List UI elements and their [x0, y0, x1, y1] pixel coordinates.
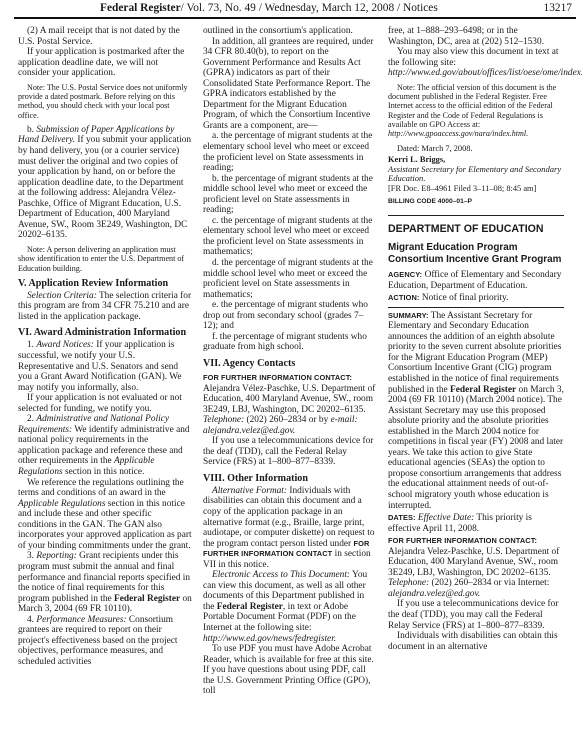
action-text: Notice of final priority. — [420, 293, 509, 303]
email-link[interactable]: alejandra.velez@ed.gov. — [203, 426, 295, 436]
paragraph: If your application is not evaluated or … — [18, 393, 192, 414]
section-heading-vi: VI. Award Administration Information — [18, 327, 192, 339]
contact-label: FOR FURTHER INFORMATION CONTACT: — [203, 373, 352, 382]
page-header: Federal Register/ Vol. 73, No. 49 / Wedn… — [14, 2, 576, 16]
page-number: 13217 — [544, 2, 572, 14]
gpra-indicator: d. the percentage of migrant students at… — [203, 258, 377, 300]
telephone: (202) 260–2834 or by — [244, 415, 330, 425]
paragraph: outlined in the consortium's application… — [203, 26, 377, 37]
dates-label: DATES: — [388, 513, 416, 522]
program-title: Migrant Education Program Consortium Inc… — [388, 242, 566, 265]
item-label: 3. — [27, 551, 34, 561]
federal-register-ref: Federal Register — [450, 385, 516, 395]
summary-text: on March 3, 2004 (69 FR 10110) (March 20… — [388, 385, 564, 511]
paragraph-admin-requirements: 2. Administrative and National Policy Re… — [18, 414, 192, 477]
italic-heading: Selection Criteria: — [27, 291, 97, 301]
contact-block: FOR FURTHER INFORMATION CONTACT: Alejand… — [203, 373, 377, 436]
contact-block: FOR FURTHER INFORMATION CONTACT: Alejand… — [388, 536, 566, 599]
action-label: ACTION: — [388, 293, 420, 302]
italic-heading: Award Notices: — [36, 340, 94, 350]
signer-title: Assistant Secretary for Elementary and S… — [388, 165, 566, 184]
item-label: 1. — [27, 340, 34, 350]
paragraph-text: We reference the regulations outlining t… — [18, 478, 184, 499]
agency-label: AGENCY: — [388, 270, 422, 279]
italic-text: Applicable Regulations — [18, 499, 105, 509]
summary-text: The Assistant Secretary for Elementary a… — [388, 311, 561, 395]
gpra-indicator: f. the percentage of migrant students wh… — [203, 332, 377, 353]
telephone: (202) 260–2834 or via Internet: — [429, 578, 549, 588]
federal-register-ref: Federal Register — [217, 602, 283, 612]
url-link[interactable]: http://www.gpoaccess.gov/nara/index.html… — [388, 129, 528, 138]
italic-heading: Performance Measures: — [36, 615, 126, 625]
summary-block: SUMMARY: The Assistant Secretary for Ele… — [388, 311, 566, 511]
paragraph-reporting: 3. Reporting: Grant recipients under thi… — [18, 551, 192, 614]
italic-heading: Electronic Access to This Document: — [212, 570, 350, 580]
section-divider — [388, 215, 564, 216]
action-line: ACTION: Notice of final priority. — [388, 293, 566, 304]
note: Note: The U.S. Postal Service does not u… — [18, 83, 192, 120]
paragraph-selection-criteria: Selection Criteria: The selection criter… — [18, 291, 192, 323]
journal-name: Federal Register — [100, 2, 181, 14]
item-label: 2. — [27, 414, 34, 424]
paragraph-regulations: We reference the regulations outlining t… — [18, 478, 192, 552]
column-3: free, at 1–888–293–6498; or in the Washi… — [388, 26, 566, 652]
section-heading-v: V. Application Review Information — [18, 278, 192, 290]
column-1: (2) A mail receipt that is not dated by … — [18, 26, 192, 667]
gpra-indicator: e. the percentage of migrant students wh… — [203, 300, 377, 332]
column-2: outlined in the consortium's application… — [203, 26, 377, 697]
dates-block: DATES: Effective Date: This priority is … — [388, 513, 566, 534]
paragraph-hand-delivery: b. Submission of Paper Applications by H… — [18, 125, 192, 241]
italic-heading: Reporting: — [36, 551, 76, 561]
issue-info: / Vol. 73, No. 49 / Wednesday, March 12,… — [181, 2, 438, 14]
email-label: e-mail: — [331, 415, 358, 425]
paragraph-view-text: You may also view this document in text … — [388, 47, 566, 79]
section-heading-vii: VII. Agency Contacts — [203, 358, 377, 370]
federal-register-page: Federal Register/ Vol. 73, No. 49 / Wedn… — [0, 0, 582, 754]
email-link[interactable]: alejandra.velez@ed.gov. — [388, 589, 480, 599]
gpra-indicator: a. the percentage of migrant students at… — [203, 131, 377, 173]
fr-doc-line: [FR Doc. E8–4961 Filed 3–11–08; 8:45 am] — [388, 184, 566, 194]
italic-heading: Effective Date: — [418, 513, 474, 523]
contact-address: Alejandra Velez-Paschke, U.S. Department… — [388, 547, 559, 578]
paragraph-disabilities: Individuals with disabilities can obtain… — [388, 631, 566, 652]
paragraph: free, at 1–888–293–6498; or in the Washi… — [388, 26, 566, 47]
billing-code: BILLING CODE 4000–01–P — [388, 197, 566, 208]
paragraph-text: You may also view this document in text … — [388, 47, 559, 68]
paragraph: If your application is postmarked after … — [18, 47, 192, 79]
url-link[interactable]: http://www.ed.gov/news/fedregister. — [203, 634, 336, 644]
contact-label: FOR FURTHER INFORMATION CONTACT: — [388, 536, 537, 545]
department-heading: DEPARTMENT OF EDUCATION — [388, 223, 566, 236]
gpra-indicator: b. the percentage of migrant students at… — [203, 174, 377, 216]
paragraph: In addition, all grantees are required, … — [203, 37, 377, 132]
paragraph-electronic-access: Electronic Access to This Document: You … — [203, 570, 377, 644]
header-rule — [14, 17, 576, 19]
paragraph-text: section in this notice. — [63, 467, 145, 477]
summary-label: SUMMARY: — [388, 311, 429, 320]
section-heading-viii: VIII. Other Information — [203, 473, 377, 485]
paragraph-tdd: If you use a telecommunications device f… — [388, 599, 566, 631]
item-label: b. — [27, 125, 34, 135]
paragraph-performance-measures: 4. Performance Measures: Consortium gran… — [18, 615, 192, 668]
italic-heading: Telephone: — [203, 415, 244, 425]
paragraph-award-notices: 1. Award Notices: If your application is… — [18, 340, 192, 393]
contact-address: Alejandra Vélez-Paschke, U.S. Department… — [203, 384, 375, 415]
dated-line: Dated: March 7, 2008. — [388, 144, 566, 154]
agency-line: AGENCY: Office of Elementary and Seconda… — [388, 270, 566, 291]
section-divider — [388, 307, 564, 308]
paragraph-text: If you submit your application by hand d… — [18, 135, 191, 240]
item-label: 4. — [27, 615, 34, 625]
note: Note: A person delivering an application… — [18, 245, 192, 273]
paragraph-pdf: To use PDF you must have Adobe Acrobat R… — [203, 644, 377, 697]
gpra-indicator: c. the percentage of migrant students at… — [203, 216, 377, 258]
running-head: Federal Register/ Vol. 73, No. 49 / Wedn… — [100, 2, 438, 14]
note-text: Note: The official version of this docum… — [388, 83, 556, 129]
url-link[interactable]: http://www.ed.gov/about/offices/list/oes… — [388, 68, 582, 78]
paragraph-alternative-format: Alternative Format: Individuals with dis… — [203, 486, 377, 570]
note-official-version: Note: The official version of this docum… — [388, 83, 566, 139]
paragraph-tdd: If you use a telecommunications device f… — [203, 436, 377, 468]
paragraph: (2) A mail receipt that is not dated by … — [18, 26, 192, 47]
federal-register-ref: Federal Register — [114, 594, 180, 604]
italic-heading: Telephone: — [388, 578, 429, 588]
italic-heading: Alternative Format: — [212, 486, 287, 496]
